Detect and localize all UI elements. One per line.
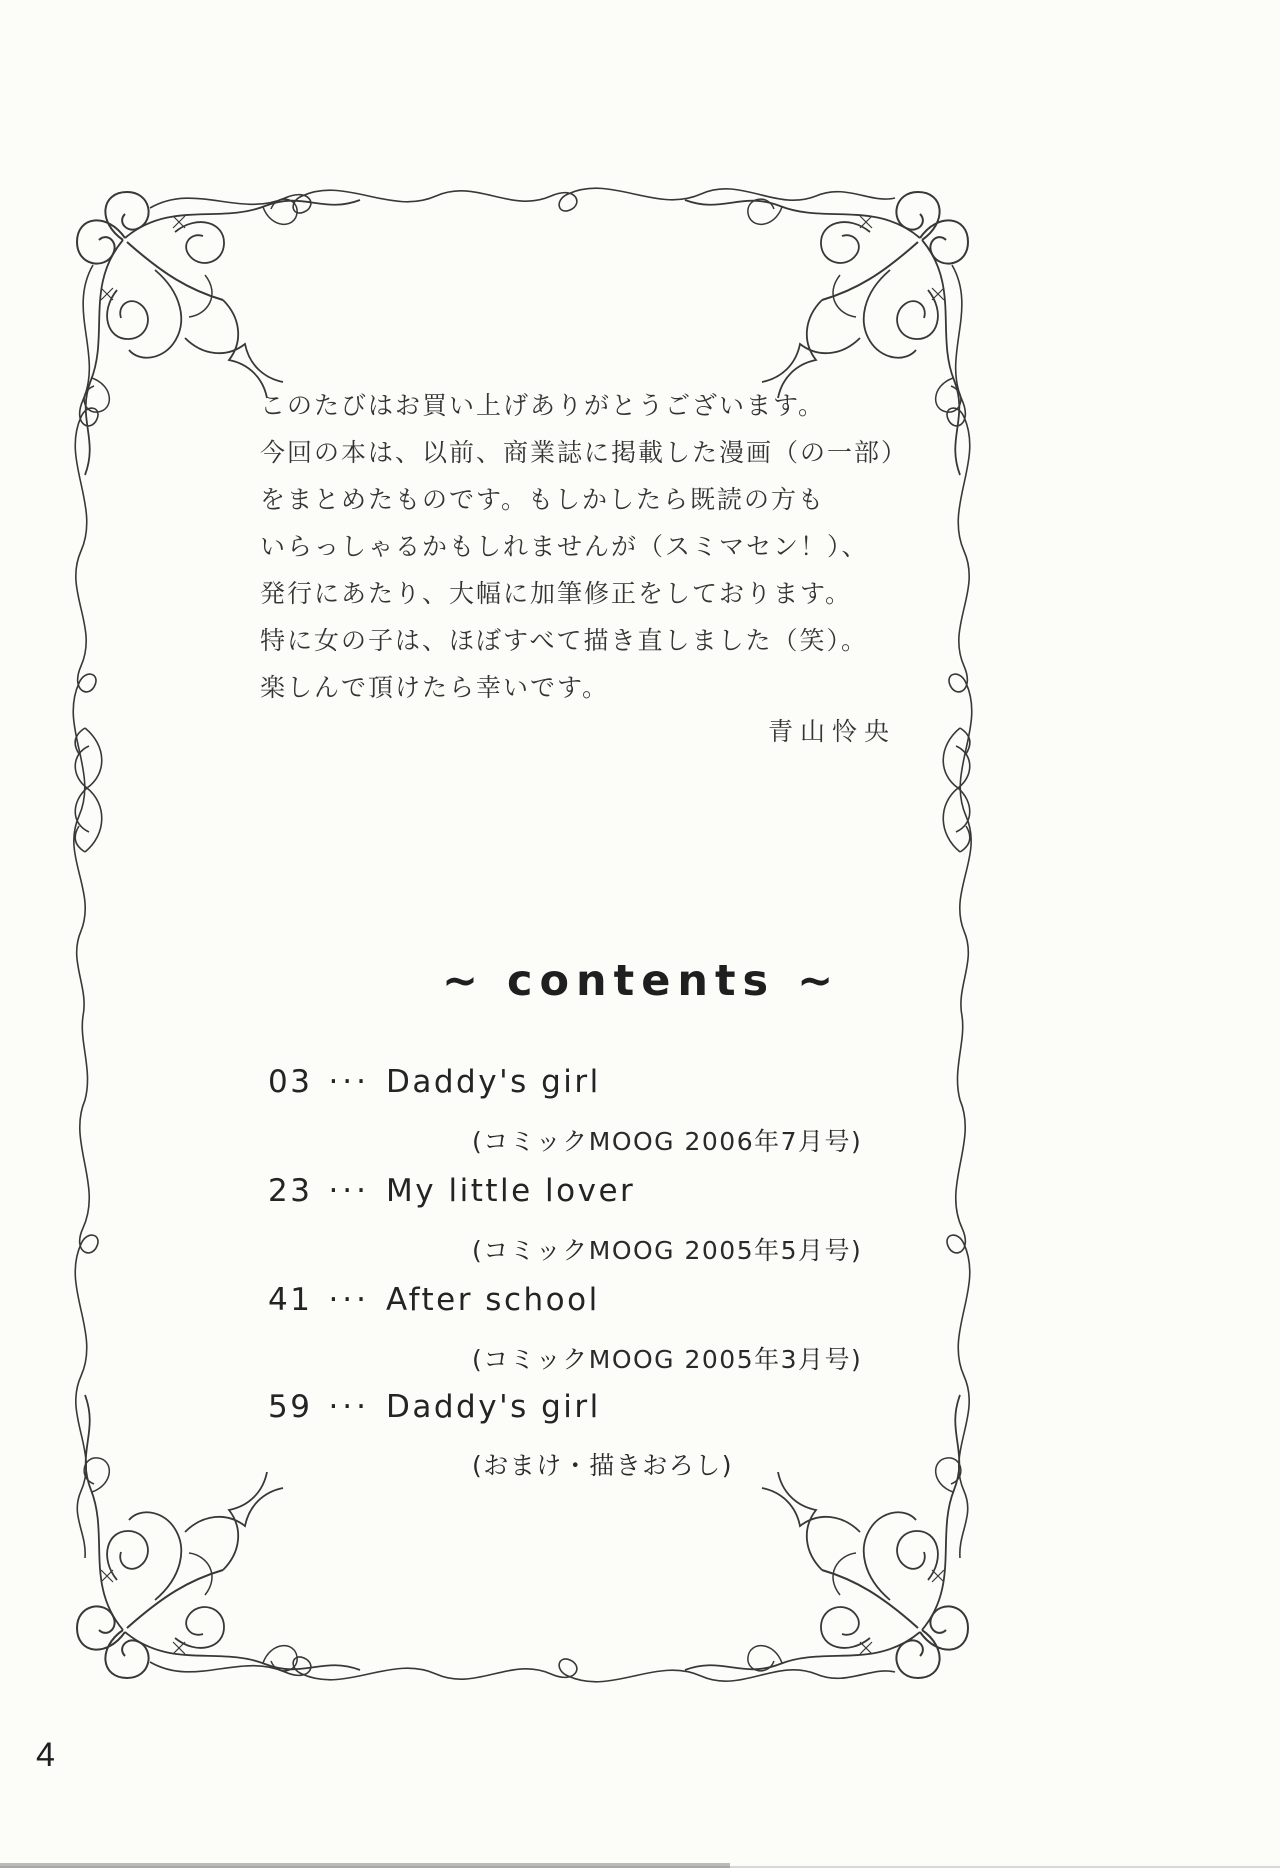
toc-page-number: 41 <box>268 1282 312 1318</box>
toc-page-number: 23 <box>268 1173 312 1209</box>
toc-page-number: 03 <box>268 1064 312 1100</box>
toc-title: After school <box>386 1282 600 1318</box>
toc-note: (コミックMOOG 2006年7月号) <box>472 1122 862 1158</box>
scan-artifact <box>0 1863 730 1868</box>
toc-page-number: 59 <box>268 1389 312 1425</box>
page-number: 4 <box>36 1736 55 1775</box>
toc-entry: 41···After school <box>268 1282 600 1318</box>
toc-entry: 03···Daddy's girl <box>268 1064 601 1100</box>
toc-title: Daddy's girl <box>386 1389 601 1425</box>
contents-title: ~ contents ~ <box>442 956 840 1006</box>
message-line: 特に女の子は、ほぼすべて描き直しました（笑）。 <box>260 617 908 664</box>
toc-dots: ··· <box>328 1389 370 1425</box>
message-line: このたびはお買い上げありがとうございます。 <box>260 382 908 429</box>
message-line: 今回の本は、以前、商業誌に掲載した漫画（の一部） <box>260 429 908 476</box>
author-signature: 青山怜央 <box>260 712 896 748</box>
toc-entry: 59···Daddy's girl <box>268 1389 601 1425</box>
toc-note: (おまけ・描きおろし) <box>472 1446 733 1482</box>
message-line: をまとめたものです。もしかしたら既読の方も <box>260 476 908 523</box>
toc-dots: ··· <box>328 1064 370 1100</box>
toc-dots: ··· <box>328 1282 370 1318</box>
message-line: 楽しんで頂けたら幸いです。 <box>260 664 908 711</box>
toc-title: My little lover <box>386 1173 635 1209</box>
toc-note: (コミックMOOG 2005年3月号) <box>472 1340 862 1376</box>
author-message: このたびはお買い上げありがとうございます。 今回の本は、以前、商業誌に掲載した漫… <box>260 382 908 711</box>
toc-note: (コミックMOOG 2005年5月号) <box>472 1231 862 1267</box>
scanned-page: このたびはお買い上げありがとうございます。 今回の本は、以前、商業誌に掲載した漫… <box>0 0 1280 1868</box>
toc-title: Daddy's girl <box>386 1064 601 1100</box>
toc-dots: ··· <box>328 1173 370 1209</box>
message-line: 発行にあたり、大幅に加筆修正をしております。 <box>260 570 908 617</box>
message-line: いらっしゃるかもしれませんが（スミマセン！）、 <box>260 523 908 570</box>
toc-entry: 23···My little lover <box>268 1173 635 1209</box>
